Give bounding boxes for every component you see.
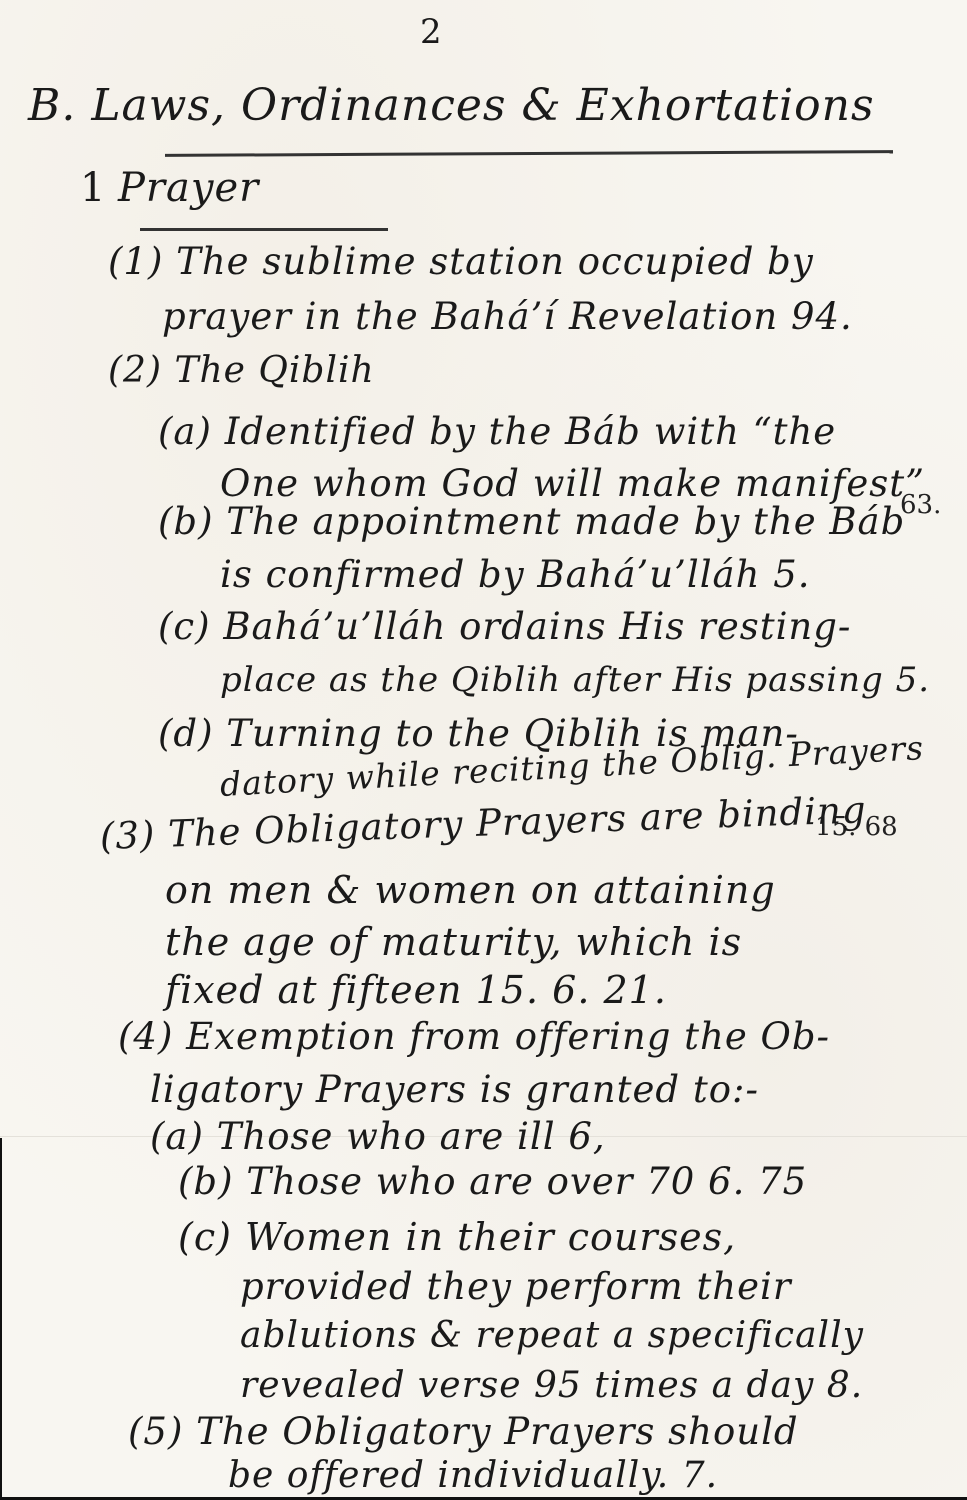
handwritten-line: (a) Identified by the Báb with “the <box>158 410 836 453</box>
handwritten-line: fixed at fifteen 15. 6. 21. <box>165 968 667 1012</box>
handwritten-line: (5) The Obligatory Prayers should <box>128 1410 799 1453</box>
subsection-number: 1 <box>80 165 106 211</box>
handwritten-line: ablutions & repeat a specifically <box>240 1315 864 1356</box>
handwritten-line: be offered individually. 7. <box>228 1455 718 1496</box>
handwritten-line: (2) The Qiblih <box>108 350 375 391</box>
handwritten-line: provided they perform their <box>240 1265 792 1308</box>
section-title-text: Laws, Ordinances & Exhortations <box>91 80 874 131</box>
handwritten-line: (c) Bahá’u’lláh ordains His resting- <box>158 605 851 648</box>
section-heading: B. Laws, Ordinances & Exhortations <box>28 80 875 131</box>
page-number: 2 <box>420 12 443 52</box>
handwritten-line: (4) Exemption from offering the Ob- <box>118 1015 830 1058</box>
subsection-title-underline <box>140 228 388 231</box>
handwritten-line: (b) The appointment made by the Báb <box>158 500 905 543</box>
handwritten-line: (a) Those who are ill 6, <box>150 1115 606 1158</box>
handwritten-line: ligatory Prayers is granted to:- <box>150 1068 759 1111</box>
subsection-title: Prayer <box>118 165 259 211</box>
handwritten-line: place as the Qiblih after His passing 5. <box>220 660 930 700</box>
margin-reference: 63. <box>900 490 941 520</box>
handwritten-line: (c) Women in their courses, <box>178 1215 736 1259</box>
scan-frame-left-border <box>0 1138 2 1498</box>
handwritten-line: is confirmed by Bahá’u’lláh 5. <box>220 553 811 596</box>
handwritten-line: One whom God will make manifest” <box>220 462 925 505</box>
handwritten-line: prayer in the Bahá’í Revelation 94. <box>162 295 853 338</box>
section-letter: B. <box>28 80 76 131</box>
handwritten-line: the age of maturity, which is <box>165 920 742 964</box>
handwritten-line: (b) Those who are over 70 6. 75 <box>178 1160 807 1203</box>
handwritten-line: revealed verse 95 times a day 8. <box>240 1365 863 1406</box>
handwritten-line: on men & women on attaining <box>165 868 776 912</box>
handwritten-line: (1) The sublime station occupied by <box>108 240 814 283</box>
